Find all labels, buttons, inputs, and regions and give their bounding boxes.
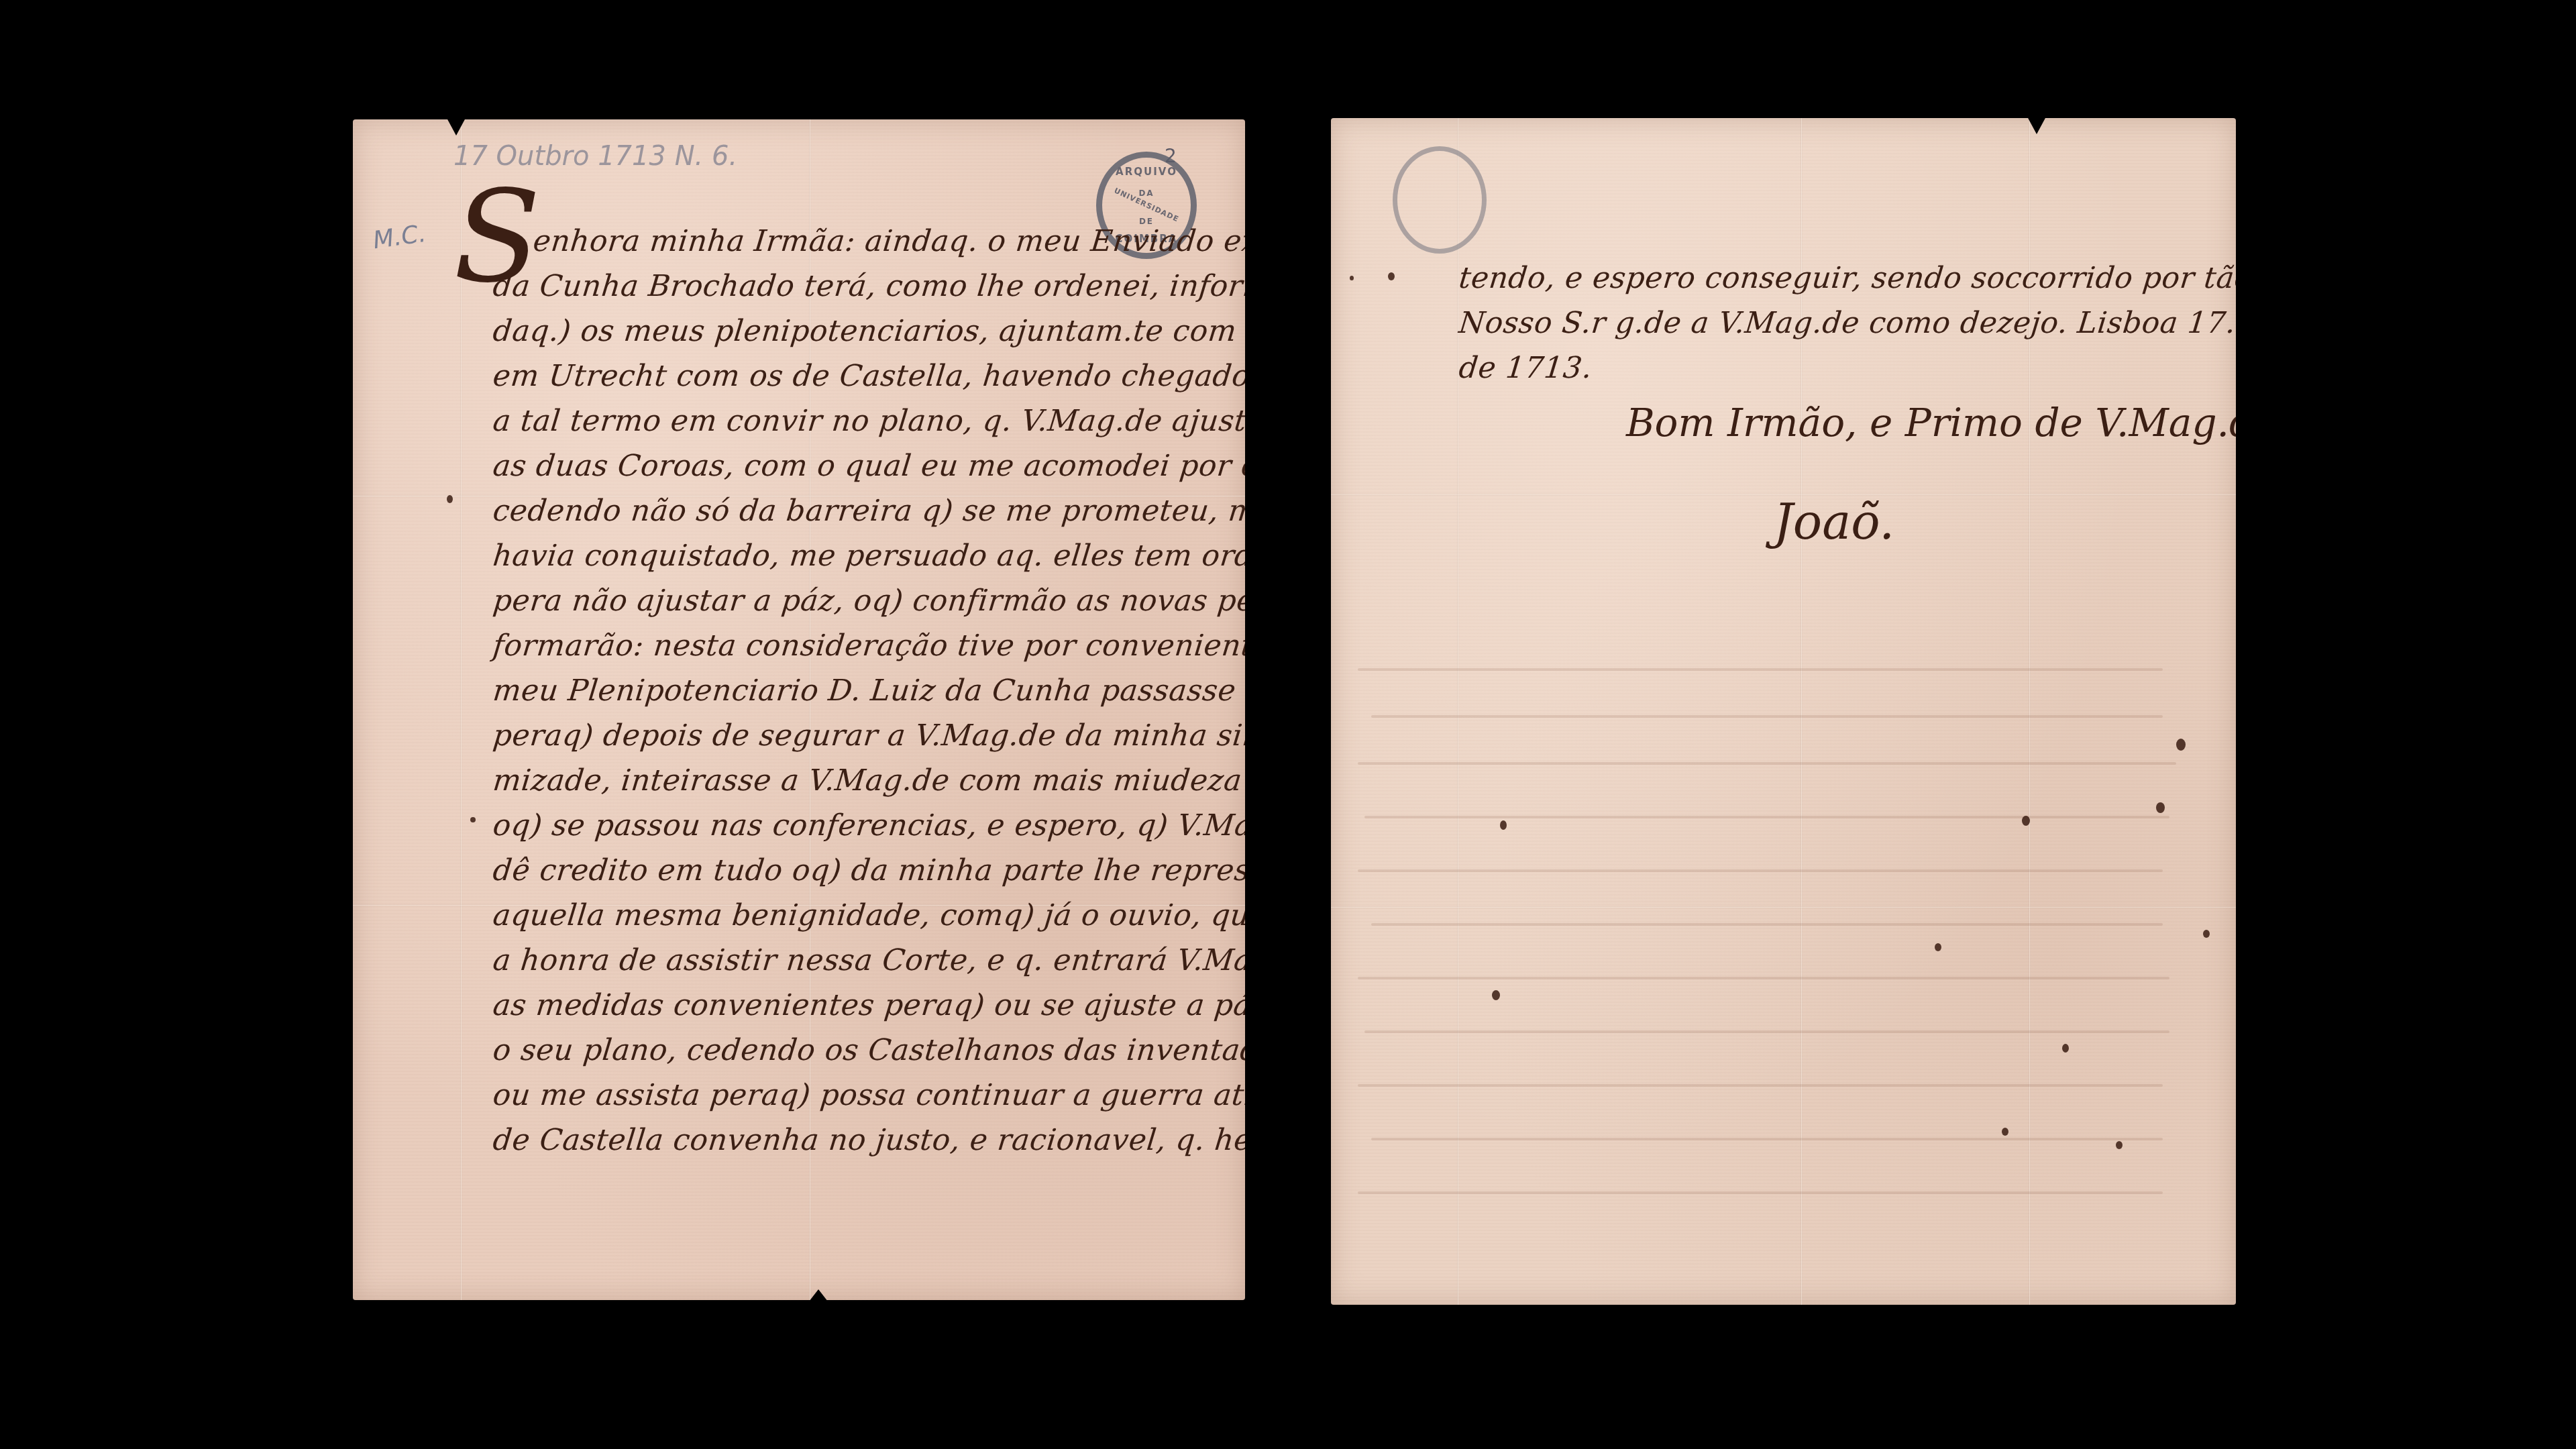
margin-note: M.C. (372, 220, 428, 255)
text-line: de 1713. (1456, 345, 2219, 390)
text-line: cedendo não só da barreira q) se me prom… (490, 488, 1240, 533)
ink-spot (1935, 943, 1941, 951)
document-viewer: 17 Outbro 1713 N. 6. M.C. 2 ARQUIVO DA U… (0, 0, 2576, 1449)
text-line: enhora minha Irmãa: aindaq. o meu Enviad… (490, 219, 1240, 264)
text-line: pera não ajustar a páz, oq) confirmão as… (490, 578, 1240, 623)
text-line: ou me assista peraq) possa continuar a g… (490, 1073, 1240, 1118)
ink-spot (2062, 1044, 2069, 1053)
ink-spot (2116, 1141, 2123, 1149)
paper-tear (2027, 118, 2046, 134)
text-line: o seu plano, cedendo os Castelhanos das … (490, 1028, 1240, 1073)
text-line: a honra de assistir nessa Corte, e q. en… (490, 938, 1240, 983)
ink-bleed-through (1371, 1138, 2163, 1140)
text-line: oq) se passou nas conferencias, e espero… (490, 803, 1240, 848)
text-line: dê credito em tudo oq) da minha parte lh… (490, 848, 1240, 893)
ink-spot (447, 495, 453, 503)
text-line: peraq) depois de segurar a V.Mag.de da m… (490, 713, 1240, 758)
signature: Joaõ. (1774, 494, 1894, 550)
paper-tear (447, 119, 466, 136)
text-line: aquella mesma benignidade, comq) já o ou… (490, 893, 1240, 938)
ink-bleed-through (1358, 668, 2163, 671)
text-line: mizade, inteirasse a V.Mag.de com mais m… (490, 758, 1240, 803)
ink-bleed-through (1358, 1084, 2163, 1087)
text-line: tendo, e espero conseguir, sendo soccorr… (1456, 256, 2219, 301)
fold-crease (1331, 906, 2236, 908)
ink-spot (1350, 276, 1354, 280)
ink-bleed-through (1358, 1191, 2163, 1194)
manuscript-page-left: 17 Outbro 1713 N. 6. M.C. 2 ARQUIVO DA U… (353, 119, 1245, 1300)
text-line: formarão: nesta consideração tive por co… (490, 623, 1240, 668)
text-line: as duas Coroas, com o qual eu me acomode… (490, 443, 1240, 488)
ink-spot (2022, 816, 2030, 826)
ink-spot (1388, 272, 1395, 280)
ink-spot (2156, 802, 2165, 813)
ink-spot (1492, 990, 1500, 1000)
ink-bleed-through (1364, 1030, 2169, 1033)
manuscript-page-right: tendo, e espero conseguir, sendo soccorr… (1331, 118, 2236, 1305)
text-line: havia conquistado, me persuado aq. elles… (490, 533, 1240, 578)
ink-bleed-through (1371, 715, 2163, 718)
text-line: em Utrecht com os de Castella, havendo c… (490, 354, 1240, 398)
text-line: da Cunha Brochado terá, como lhe ordenei… (490, 264, 1240, 309)
text-line: as medidas convenientes peraq) ou se aju… (490, 983, 1240, 1028)
ink-bleed-through (1364, 816, 2169, 818)
ink-bleed-through (1358, 762, 2176, 765)
ink-bleed-through (1358, 977, 2169, 979)
text-line: meu Plenipotenciario D. Luiz da Cunha pa… (490, 668, 1240, 713)
letter-closing-text: tendo, e espero conseguir, sendo soccorr… (1459, 256, 2217, 390)
ink-bleed-through (1371, 923, 2163, 926)
valediction: Bom Irmão, e Primo de V.Mag.de (1626, 400, 2236, 445)
stamp-ghost-impression (1393, 146, 1487, 254)
ink-spot (2002, 1128, 2008, 1136)
text-line: daq.) os meus plenipotenciarios, ajuntam… (490, 309, 1240, 354)
text-line: Nosso S.r g.de a V.Mag.de como dezejo. L… (1456, 301, 2219, 345)
paper-tear (809, 1289, 828, 1300)
text-line: de Castella convenha no justo, e raciona… (490, 1118, 1240, 1163)
text-line: a tal termo em convir no plano, q. V.Mag… (490, 398, 1240, 443)
ink-bleed-through (1358, 869, 2163, 872)
ink-spot (470, 817, 476, 822)
ink-spot (1500, 820, 1507, 830)
stamp-text-top: ARQUIVO (1102, 166, 1191, 178)
ink-spot (2176, 739, 2186, 751)
ink-spot (2203, 930, 2210, 938)
letter-body: enhora minha Irmãa: aindaq. o meu Enviad… (493, 219, 1238, 1163)
